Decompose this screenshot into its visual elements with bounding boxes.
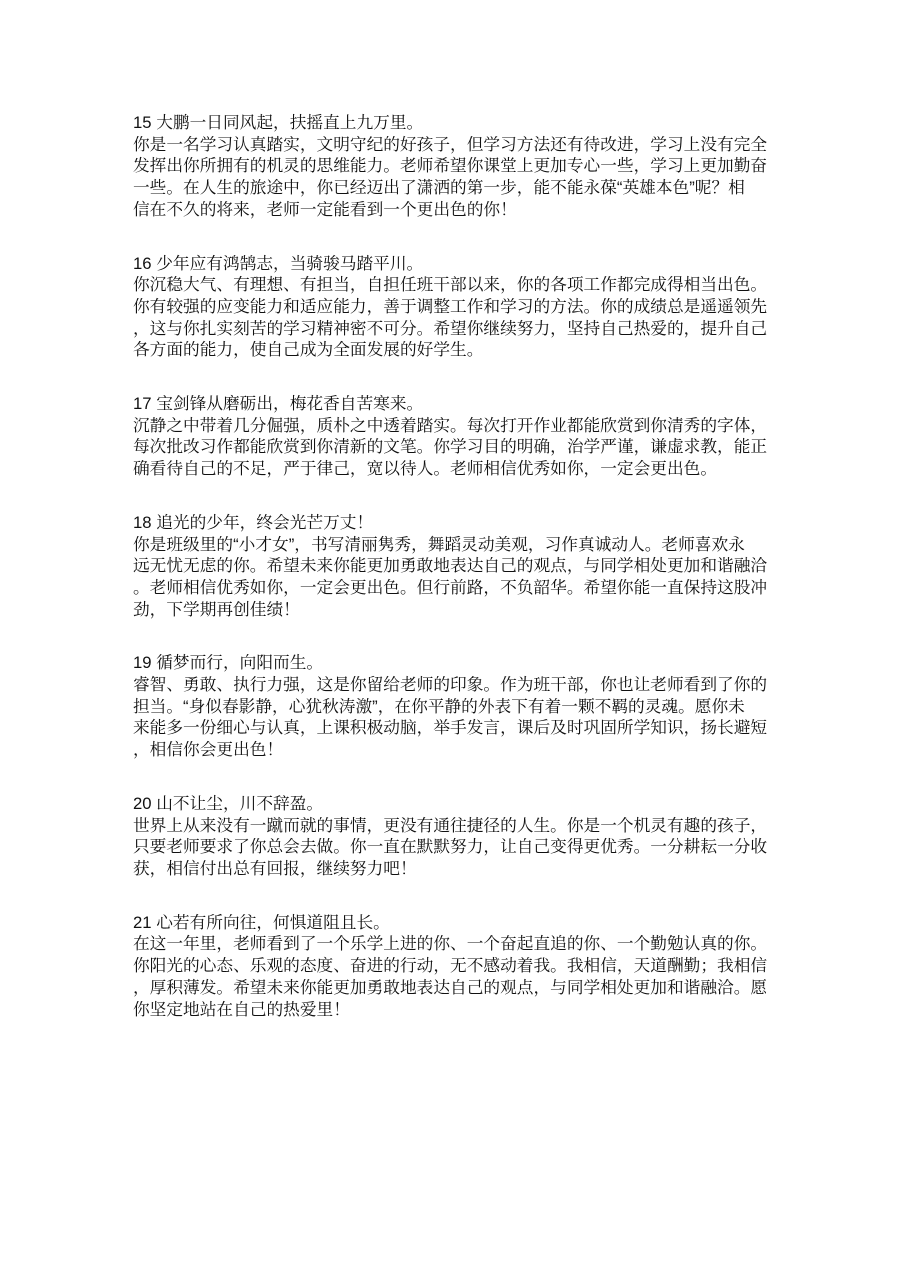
comment-21-body: 在这一年里，老师看到了一个乐学上进的你、一个奋起直追的你、一个勤勉认真的你。 你… [133,933,777,1020]
comment-21-title: 21 心若有所向往，何惧道阻且长。 [133,912,777,934]
document-page: 15 大鹏一日同风起，扶摇直上九万里。 你是一名学习认真踏实，文明守纪的好孩子，… [0,0,900,1286]
comment-16-body: 你沉稳大气、有理想、有担当，自担任班干部以来，你的各项工作都完成得相当出色。 你… [133,274,777,361]
comment-block-17: 17 宝剑锋从磨砺出，梅花香自苦寒来。 沉静之中带着几分倔强，质朴之中透着踏实。… [133,393,777,480]
comment-17-body: 沉静之中带着几分倔强，质朴之中透着踏实。每次打开作业都能欣赏到你清秀的字体， 每… [133,415,777,480]
comment-16-title: 16 少年应有鸿鹄志，当骑骏马踏平川。 [133,253,777,275]
comment-17-title: 17 宝剑锋从磨砺出，梅花香自苦寒来。 [133,393,777,415]
comment-block-15: 15 大鹏一日同风起，扶摇直上九万里。 你是一名学习认真踏实，文明守纪的好孩子，… [133,112,777,221]
comments-list: 15 大鹏一日同风起，扶摇直上九万里。 你是一名学习认真踏实，文明守纪的好孩子，… [133,112,777,1052]
comment-block-19: 19 循梦而行，向阳而生。 睿智、勇敢、执行力强，这是你留给老师的印象。作为班干… [133,652,777,761]
comment-15-body: 你是一名学习认真踏实，文明守纪的好孩子，但学习方法还有待改进，学习上没有完全 发… [133,134,777,221]
comment-block-21: 21 心若有所向往，何惧道阻且长。 在这一年里，老师看到了一个乐学上进的你、一个… [133,912,777,1021]
comment-block-18: 18 追光的少年，终会光芒万丈！ 你是班级里的“小才女”，书写清丽隽秀，舞蹈灵动… [133,512,777,621]
comment-15-title: 15 大鹏一日同风起，扶摇直上九万里。 [133,112,777,134]
comment-18-title: 18 追光的少年，终会光芒万丈！ [133,512,777,534]
comment-block-16: 16 少年应有鸿鹄志，当骑骏马踏平川。 你沉稳大气、有理想、有担当，自担任班干部… [133,253,777,362]
comment-20-body: 世界上从来没有一蹴而就的事情，更没有通往捷径的人生。你是一个机灵有趣的孩子， 只… [133,815,777,880]
comment-18-body: 你是班级里的“小才女”，书写清丽隽秀，舞蹈灵动美观，习作真诚动人。老师喜欢永 远… [133,534,777,621]
comment-19-body: 睿智、勇敢、执行力强，这是你留给老师的印象。作为班干部，你也让老师看到了你的 担… [133,674,777,761]
comment-block-20: 20 山不让尘，川不辞盈。 世界上从来没有一蹴而就的事情，更没有通往捷径的人生。… [133,793,777,880]
comment-19-title: 19 循梦而行，向阳而生。 [133,652,777,674]
comment-20-title: 20 山不让尘，川不辞盈。 [133,793,777,815]
